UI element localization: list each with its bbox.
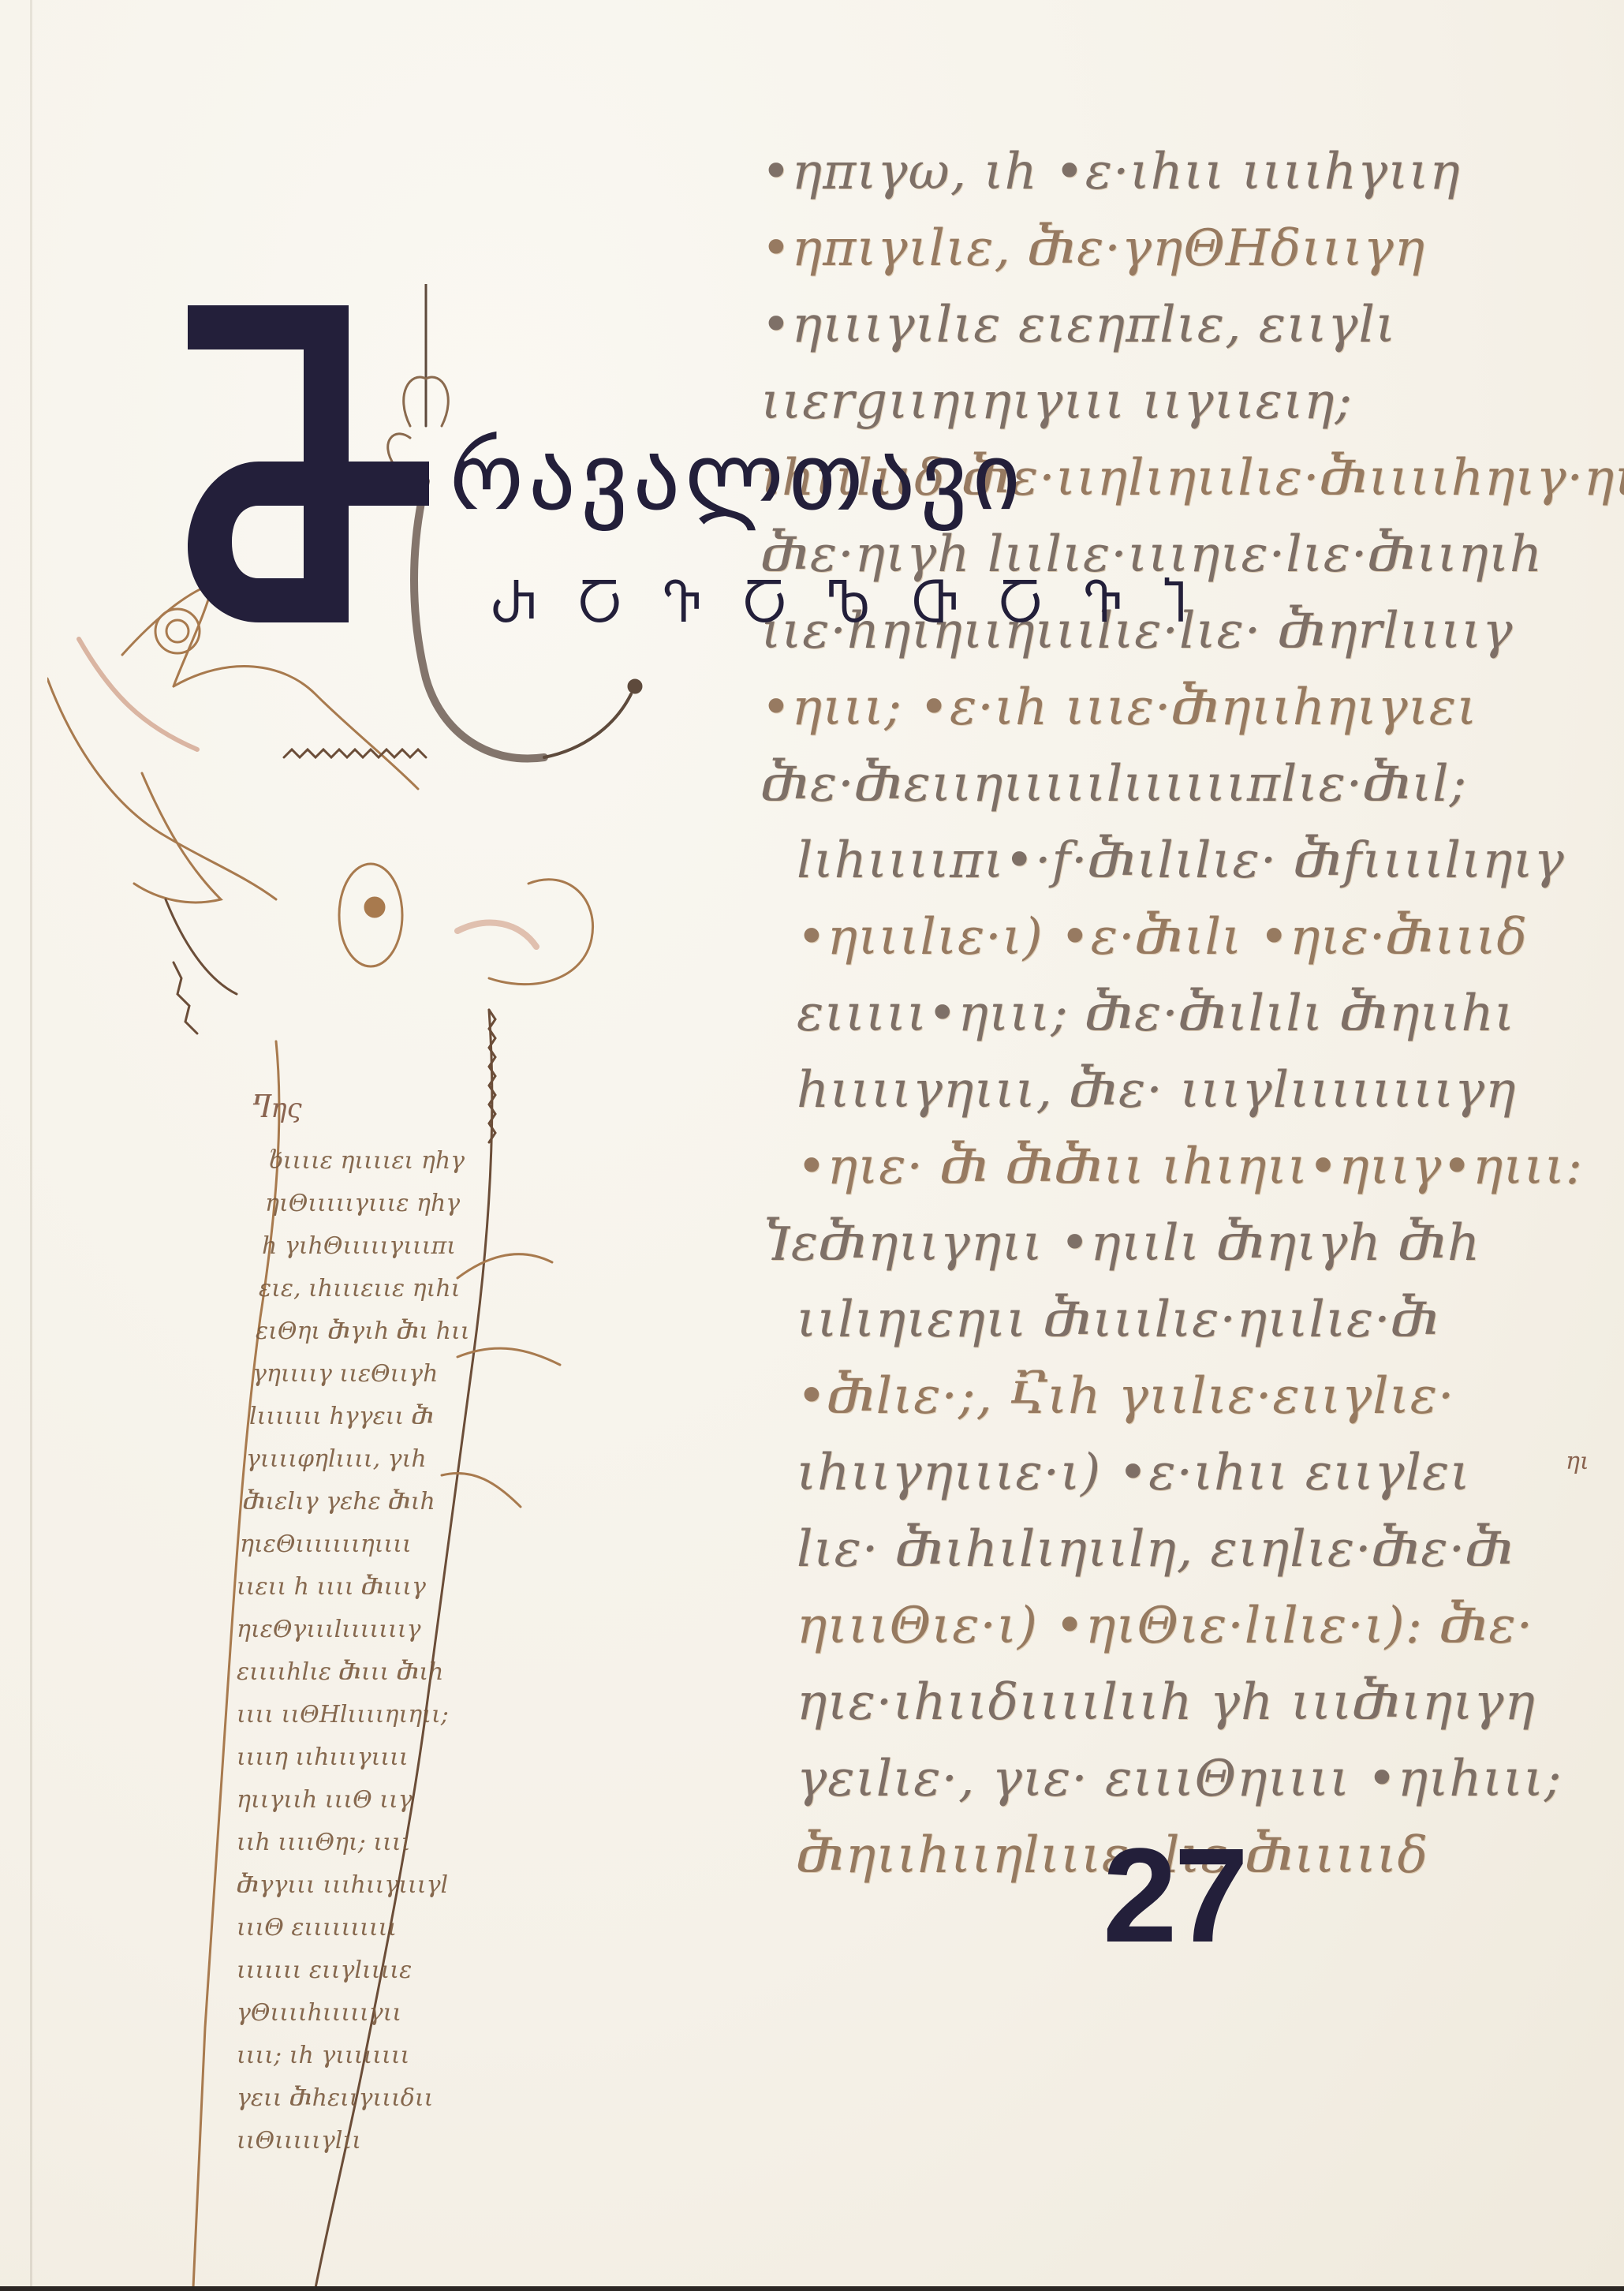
manuscript-line: •ηπιγιlιε, Ⴋε·γηΘΗδιιιγη (761, 211, 1589, 287)
dragon-body-text-line: ηιεΘιιιιιιιηιιιι (237, 1523, 615, 1566)
cover-bottom-edge (0, 2286, 1624, 2291)
dragon-body-text-line: lιιιιιιι hγγειι Ⴋ (237, 1396, 615, 1438)
dragon-body-text-line: ιιιι; ιh γιιιιιιιι (237, 2035, 615, 2077)
manuscript-line: ιιlιηιεηιι Ⴋιιιlιε·ηιιlιε·Ⴋ (761, 1282, 1589, 1359)
manuscript-line: ιhιιγηιιιε·ι) •ε·ιhιι ειιγlει (761, 1435, 1589, 1512)
dragon-body-text: ხιιιιε ηιιιιει ηhγηιΘιιιιιγιιιε ηhγh γιh… (237, 1140, 615, 2162)
dragon-body-text-line: ειε, ιhιιιειιε ηιhι (237, 1268, 615, 1310)
dragon-body-text-line: ιιιιιιι ειιγlιιιιε (237, 1949, 615, 1992)
manuscript-line: ηιε·ιhιιδιιιιlιιh γh ιιιႫιηιγη (761, 1665, 1589, 1741)
dragon-body-text-line: γΘιιιιhιιιιιγιι (237, 1992, 615, 2035)
manuscript-line: •ηπιγω, ιh •ε·ιhιι ιιιιhγιιη (761, 134, 1589, 211)
journal-title: რავალთავი (450, 430, 1025, 523)
dragon-body-text-line: Ⴋιεlιγ γεhε Ⴋιh (237, 1481, 615, 1523)
dragon-body-text-line: γιιιιφηlιιιι, γιh (237, 1438, 615, 1481)
title-initial-letter: Ⴋ (188, 305, 429, 622)
dragon-body-text-line: ιιιιη ιιhιιιγιιιι (237, 1736, 615, 1779)
manuscript-line: lιε· Ⴋιhιlιηιιlη, ειηlιε·Ⴋε·Ⴋ (761, 1512, 1589, 1588)
volume-number: 27 (1103, 1829, 1245, 1963)
spine-hinge (30, 0, 32, 2291)
manuscript-line: ႨεႫηιιγηιι •ηιιlι Ⴋηιγh Ⴋh (761, 1205, 1589, 1282)
dragon-body-text-line: ιιειι h ιιιι Ⴋιιιγ (237, 1566, 615, 1609)
manuscript-line: •ηιιιlιε·ι) •ε·Ⴋιlι •ηιε·Ⴋιιιδ (761, 899, 1589, 976)
manuscript-line: ειιιιι•ηιιι; Ⴋε·Ⴋιlιlι Ⴋηιιhι (761, 976, 1589, 1052)
dragon-body-text-line: ιιh ιιιιΘηι; ιιιι (237, 1822, 615, 1864)
dragon-body-text-line: Ⴋγγιιι ιιιhιιγιιιγl (237, 1864, 615, 1907)
manuscript-text-column: •ηπιγω, ιh •ε·ιhιι ιιιιhγιιη•ηπιγιlιε, Ⴋ… (761, 134, 1589, 1894)
dragon-body-text-line: ειιιιhlιε Ⴋιιι Ⴋιh (237, 1651, 615, 1694)
dragon-body-text-line: ιιΘιιιιιγlιι (237, 2120, 615, 2162)
manuscript-line: •ηιιιγιlιε ειεηπlιε, ειιγlι (761, 287, 1589, 364)
margin-note: ηι (1566, 1448, 1589, 1475)
dragon-body-text-line: ხιιιιε ηιιιιει ηhγ (237, 1140, 615, 1183)
dragon-body-text-line: γειι Ⴋhειιγιιιδιι (237, 2077, 615, 2120)
journal-title-asomtavruli: ႰႠႥႠႪႧႠႥႨ (491, 580, 1227, 630)
dragon-body-text-line: ηιεΘγιιιlιιιιιιιγ (237, 1609, 615, 1651)
manuscript-line: •Ⴋlιε·;, Ⴀιh γιιlιε·ειιγlιε· (761, 1359, 1589, 1435)
manuscript-line: Ⴋε·Ⴋειιηιιιιιlιιιιιιπlιε·Ⴋιl; (761, 746, 1589, 823)
manuscript-line: lιhιιιιπι•·f·Ⴋιlιlιε· Ⴋfιιιιlιηιγ (761, 823, 1589, 899)
margin-note: Ⴄης (251, 1093, 302, 1124)
dragon-body-text-line: γηιιιιγ ιιεΘιιγh (237, 1353, 615, 1396)
manuscript-line: •ηιιι; •ε·ιh ιιιε·Ⴋηιιhηιγιει (761, 670, 1589, 746)
dragon-body-text-line: ειΘηι Ⴋγιh Ⴋι hιι (237, 1310, 615, 1353)
manuscript-line: •ηιε· Ⴋ ႫႫιι ιhιηιι•ηιιγ•ηιιι: (761, 1129, 1589, 1205)
dragon-body-text-line: ηιΘιιιιιγιιιε ηhγ (237, 1183, 615, 1225)
dragon-body-text-line: ηιιγιιh ιιιΘ ιιγ (237, 1779, 615, 1822)
dragon-body-text-line: h γιhΘιιιιιγιιιπι (237, 1225, 615, 1268)
manuscript-line: hιιιιγηιιι, Ⴋε· ιιιγlιιιιιιιιγη (761, 1052, 1589, 1129)
manuscript-line: γειlιε·, γιε· ειιιΘηιιιι •ηιhιιι; (761, 1741, 1589, 1818)
manuscript-line: ηιιιΘιε·ι) •ηιΘιε·lιlιε·ι): Ⴋε· (761, 1588, 1589, 1665)
dragon-body-text-line: ιιιι ιιΘΗlιιιιηιηιι; (237, 1694, 615, 1736)
dragon-body-text-line: ιιιΘ ειιιιιιιιιι (237, 1907, 615, 1949)
